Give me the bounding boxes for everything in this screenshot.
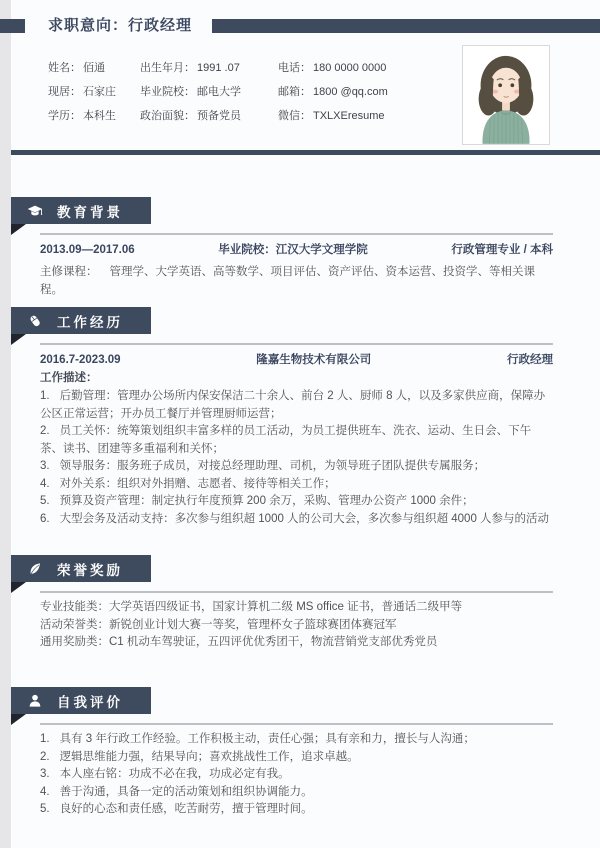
header-right-accent-bar <box>212 19 600 33</box>
item-text: 员工关怀：统筹策划组织丰富多样的员工活动，为员工提供班车、洗衣、运动、生日会、下… <box>40 425 531 455</box>
banner-fold-corner <box>11 582 26 593</box>
education-rule <box>40 233 553 235</box>
item-number: 4. <box>40 478 50 490</box>
banner-fold-corner <box>11 224 26 235</box>
education-period: 2013.09—2017.06 <box>40 244 135 256</box>
personal-info-grid: 姓名：佰通 出生年月：1991 .07 电话：180 0000 0000 现居：… <box>48 61 448 124</box>
info-name-value: 佰通 <box>83 62 105 74</box>
education-section-title: 教育背景 <box>57 201 123 221</box>
education-summary-row: 2013.09—2017.06 毕业院校：江汉大学文理学院 行政管理专业 / 本… <box>40 241 553 257</box>
person-icon <box>27 693 43 709</box>
info-name: 姓名：佰通 <box>48 61 140 76</box>
self-eval-section-title: 自我评价 <box>57 691 123 711</box>
item-number: 5. <box>40 495 50 507</box>
item-text: 领导服务：服务班子成员，对接总经理助理、司机，为领导班子团队提供专属服务； <box>60 460 486 472</box>
item-text: 本人座右铭：功成不必在我，功成必定有我。 <box>60 768 290 780</box>
info-wechat-label: 微信： <box>278 110 311 122</box>
section-education: 教育背景 2013.09—2017.06 毕业院校：江汉大学文理学院 行政管理专… <box>11 197 600 299</box>
item-text: 大型会务及活动支持：多次参与组织超 1000 人的公司大会，多次参与组织超 40… <box>60 513 549 525</box>
job-objective-title: 求职意向：行政经理 <box>48 19 192 33</box>
honors-section-banner: 荣誉奖励 <box>11 555 151 582</box>
item-text: 具有 3 年行政工作经验。工作积极主动，责任心强；具有亲和力，擅长与人沟通； <box>60 733 475 745</box>
work-item: 3.领导服务：服务班子成员，对接总经理助理、司机，为领导班子团队提供专属服务； <box>40 458 553 476</box>
self-eval-item: 3.本人座右铭：功成不必在我，功成必定有我。 <box>40 766 553 784</box>
item-number: 2. <box>40 425 50 437</box>
banner-fold-corner <box>11 714 26 725</box>
item-number: 3. <box>40 768 50 780</box>
item-text: 预算及资产管理：制定执行年度预算 200 余万，采购、管理办公资产 1000 余… <box>60 495 474 507</box>
info-residence: 现居：石家庄 <box>48 85 140 100</box>
courses-text: 管理学、大学英语、高等数学、项目评估、资产评估、资本运营、投资学、等相关课程。 <box>40 266 535 296</box>
info-birth: 出生年月：1991 .07 <box>140 61 278 76</box>
info-birth-label: 出生年月： <box>140 62 195 74</box>
work-section-banner: 工作经历 <box>11 307 151 334</box>
item-number: 4. <box>40 786 50 798</box>
section-self-evaluation: 自我评价 1.具有 3 年行政工作经验。工作积极主动，责任心强；具有亲和力，擅长… <box>11 687 600 819</box>
self-eval-item: 2.逻辑思维能力强，结果导向；喜欢挑战性工作，追求卓越。 <box>40 749 553 767</box>
info-degree: 学历：本科生 <box>48 109 140 124</box>
graduation-cap-icon <box>27 203 43 219</box>
profile-photo <box>462 45 550 145</box>
self-eval-item: 4.善于沟通，具备一定的活动策划和组织协调能力。 <box>40 784 553 802</box>
self-eval-item: 5.良好的心态和责任感，吃苦耐劳，擅于管理时间。 <box>40 801 553 819</box>
honors-rule <box>40 591 553 593</box>
education-major: 行政管理专业 / 本科 <box>451 241 553 257</box>
education-section-banner: 教育背景 <box>11 197 151 224</box>
work-position: 行政经理 <box>507 351 553 367</box>
avatar-illustration <box>463 46 549 144</box>
info-political: 政治面貌：预备党员 <box>140 109 278 124</box>
info-name-label: 姓名： <box>48 62 81 74</box>
work-period: 2016.7-2023.09 <box>40 354 121 366</box>
item-number: 2. <box>40 751 50 763</box>
honors-line: 通用奖励类：C1 机动车驾驶证，五四评优优秀团干，物流营销党支部优秀党员 <box>40 634 553 652</box>
info-degree-label: 学历： <box>48 110 81 122</box>
self-eval-rule <box>40 723 553 725</box>
work-rule <box>40 343 553 345</box>
computer-mouse-icon <box>27 313 43 329</box>
info-phone: 电话：180 0000 0000 <box>278 61 448 76</box>
section-honors: 荣誉奖励 专业技能类：大学英语四级证书，国家计算机二级 MS office 证书… <box>11 555 600 652</box>
item-text: 对外关系：组织对外捐赠、志愿者、接待等相关工作； <box>60 478 336 490</box>
section-work-experience: 工作经历 2016.7-2023.09 隆嘉生物技术有限公司 行政经理 工作描述… <box>11 307 600 528</box>
info-phone-value: 180 0000 0000 <box>313 62 386 74</box>
self-eval-section-banner: 自我评价 <box>11 687 151 714</box>
work-item: 4.对外关系：组织对外捐赠、志愿者、接待等相关工作； <box>40 476 553 494</box>
resume-header: 求职意向：行政经理 <box>0 19 600 33</box>
honors-line: 活动荣誉类：新锐创业计划大赛一等奖，管理杯女子篮球赛团体赛冠军 <box>40 617 553 635</box>
info-email-label: 邮箱： <box>278 86 311 98</box>
header-divider-bar <box>11 150 600 155</box>
info-birth-value: 1991 .07 <box>197 62 240 74</box>
info-wechat: 微信：TXLXEresume <box>278 109 448 124</box>
education-school: 毕业院校：江汉大学文理学院 <box>135 241 452 257</box>
work-company: 隆嘉生物技术有限公司 <box>121 351 507 367</box>
item-text: 良好的心态和责任感，吃苦耐劳，擅于管理时间。 <box>60 803 313 815</box>
info-political-label: 政治面貌： <box>140 110 195 122</box>
courses-label: 主修课程： <box>40 266 98 278</box>
info-phone-label: 电话： <box>278 62 311 74</box>
info-email: 邮箱：1800 @qq.com <box>278 85 448 100</box>
work-description-list: 1.后勤管理：管理办公场所内保安保洁二十余人、前台 2 人、厨师 8 人，以及多… <box>40 388 553 528</box>
banner-fold-corner <box>11 334 26 345</box>
info-residence-label: 现居： <box>48 86 81 98</box>
info-political-value: 预备党员 <box>197 110 241 122</box>
info-email-value: 1800 @qq.com <box>313 86 388 98</box>
work-section-title: 工作经历 <box>57 311 123 331</box>
item-text: 逻辑思维能力强，结果导向；喜欢挑战性工作，追求卓越。 <box>60 751 359 763</box>
header-left-accent-block <box>0 19 25 33</box>
item-text: 后勤管理：管理办公场所内保安保洁二十余人、前台 2 人、厨师 8 人，以及多家供… <box>40 390 545 420</box>
info-wechat-value: TXLXEresume <box>313 110 385 122</box>
info-school: 毕业院校：邮电大学 <box>140 85 278 100</box>
work-item: 2.员工关怀：统筹策划组织丰富多样的员工活动，为员工提供班车、洗衣、运动、生日会… <box>40 423 553 458</box>
work-item: 1.后勤管理：管理办公场所内保安保洁二十余人、前台 2 人、厨师 8 人，以及多… <box>40 388 553 423</box>
honors-section-title: 荣誉奖励 <box>57 559 123 579</box>
work-item: 6.大型会务及活动支持：多次参与组织超 1000 人的公司大会，多次参与组织超 … <box>40 511 553 529</box>
item-number: 5. <box>40 803 50 815</box>
info-degree-value: 本科生 <box>83 110 116 122</box>
leaf-icon <box>27 561 43 577</box>
item-number: 6. <box>40 513 50 525</box>
work-description-label: 工作描述： <box>40 370 553 386</box>
work-item: 5.预算及资产管理：制定执行年度预算 200 余万，采购、管理办公资产 1000… <box>40 493 553 511</box>
page-left-margin-strip <box>0 0 11 848</box>
self-eval-item: 1.具有 3 年行政工作经验。工作积极主动，责任心强；具有亲和力，擅长与人沟通； <box>40 731 553 749</box>
info-residence-value: 石家庄 <box>83 86 116 98</box>
info-school-label: 毕业院校： <box>140 86 195 98</box>
honors-list: 专业技能类：大学英语四级证书，国家计算机二级 MS office 证书，普通话二… <box>40 599 553 652</box>
item-number: 1. <box>40 390 50 402</box>
item-text: 善于沟通，具备一定的活动策划和组织协调能力。 <box>60 786 313 798</box>
info-school-value: 邮电大学 <box>197 86 241 98</box>
education-courses: 主修课程：管理学、大学英语、高等数学、项目评估、资产评估、资本运营、投资学、等相… <box>40 264 553 299</box>
item-number: 3. <box>40 460 50 472</box>
work-summary-row: 2016.7-2023.09 隆嘉生物技术有限公司 行政经理 <box>40 351 553 367</box>
self-eval-list: 1.具有 3 年行政工作经验。工作积极主动，责任心强；具有亲和力，擅长与人沟通；… <box>40 731 553 819</box>
honors-line: 专业技能类：大学英语四级证书，国家计算机二级 MS office 证书，普通话二… <box>40 599 553 617</box>
item-number: 1. <box>40 733 50 745</box>
